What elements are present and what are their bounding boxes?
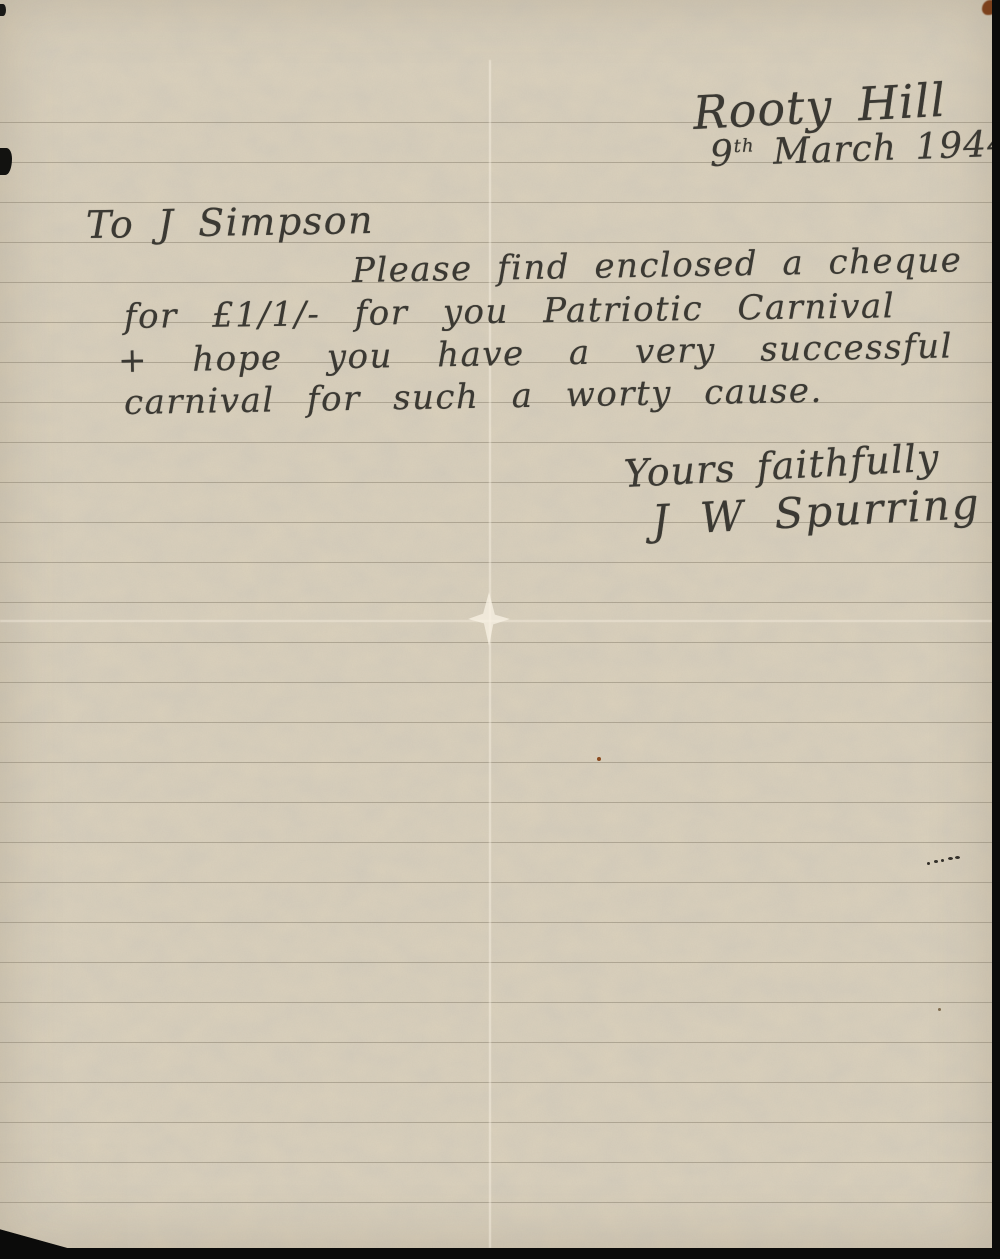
- date-month-year: March 1944: [754, 124, 1000, 174]
- date-ordinal: th: [733, 135, 755, 157]
- date-day: 9: [709, 133, 734, 175]
- letter-paper: Rooty Hill 9th March 1944 To J Simpson P…: [0, 0, 992, 1248]
- ink-dot: [955, 856, 960, 859]
- letter-body-line: Please find enclosed a cheque: [352, 240, 963, 291]
- ink-blot-top-left: [0, 4, 6, 16]
- ink-dot: [948, 857, 953, 860]
- rust-stain-top-right: [982, 0, 996, 15]
- paper-grain-texture: [0, 0, 992, 1248]
- ink-blot-left-edge: [0, 148, 12, 175]
- crease-intersection: [468, 592, 510, 646]
- ink-dot: [927, 862, 930, 865]
- letter-salutation: To J Simpson: [86, 198, 375, 247]
- paper-mottle-texture: [0, 0, 992, 1248]
- vertical-fold-crease: [489, 60, 491, 1248]
- ink-dot: [941, 859, 944, 862]
- paper-speck: [597, 757, 601, 761]
- scan-background: Rooty Hill 9th March 1944 To J Simpson P…: [0, 0, 1000, 1259]
- ink-dot: [934, 860, 938, 863]
- paper-speck: [938, 1008, 941, 1011]
